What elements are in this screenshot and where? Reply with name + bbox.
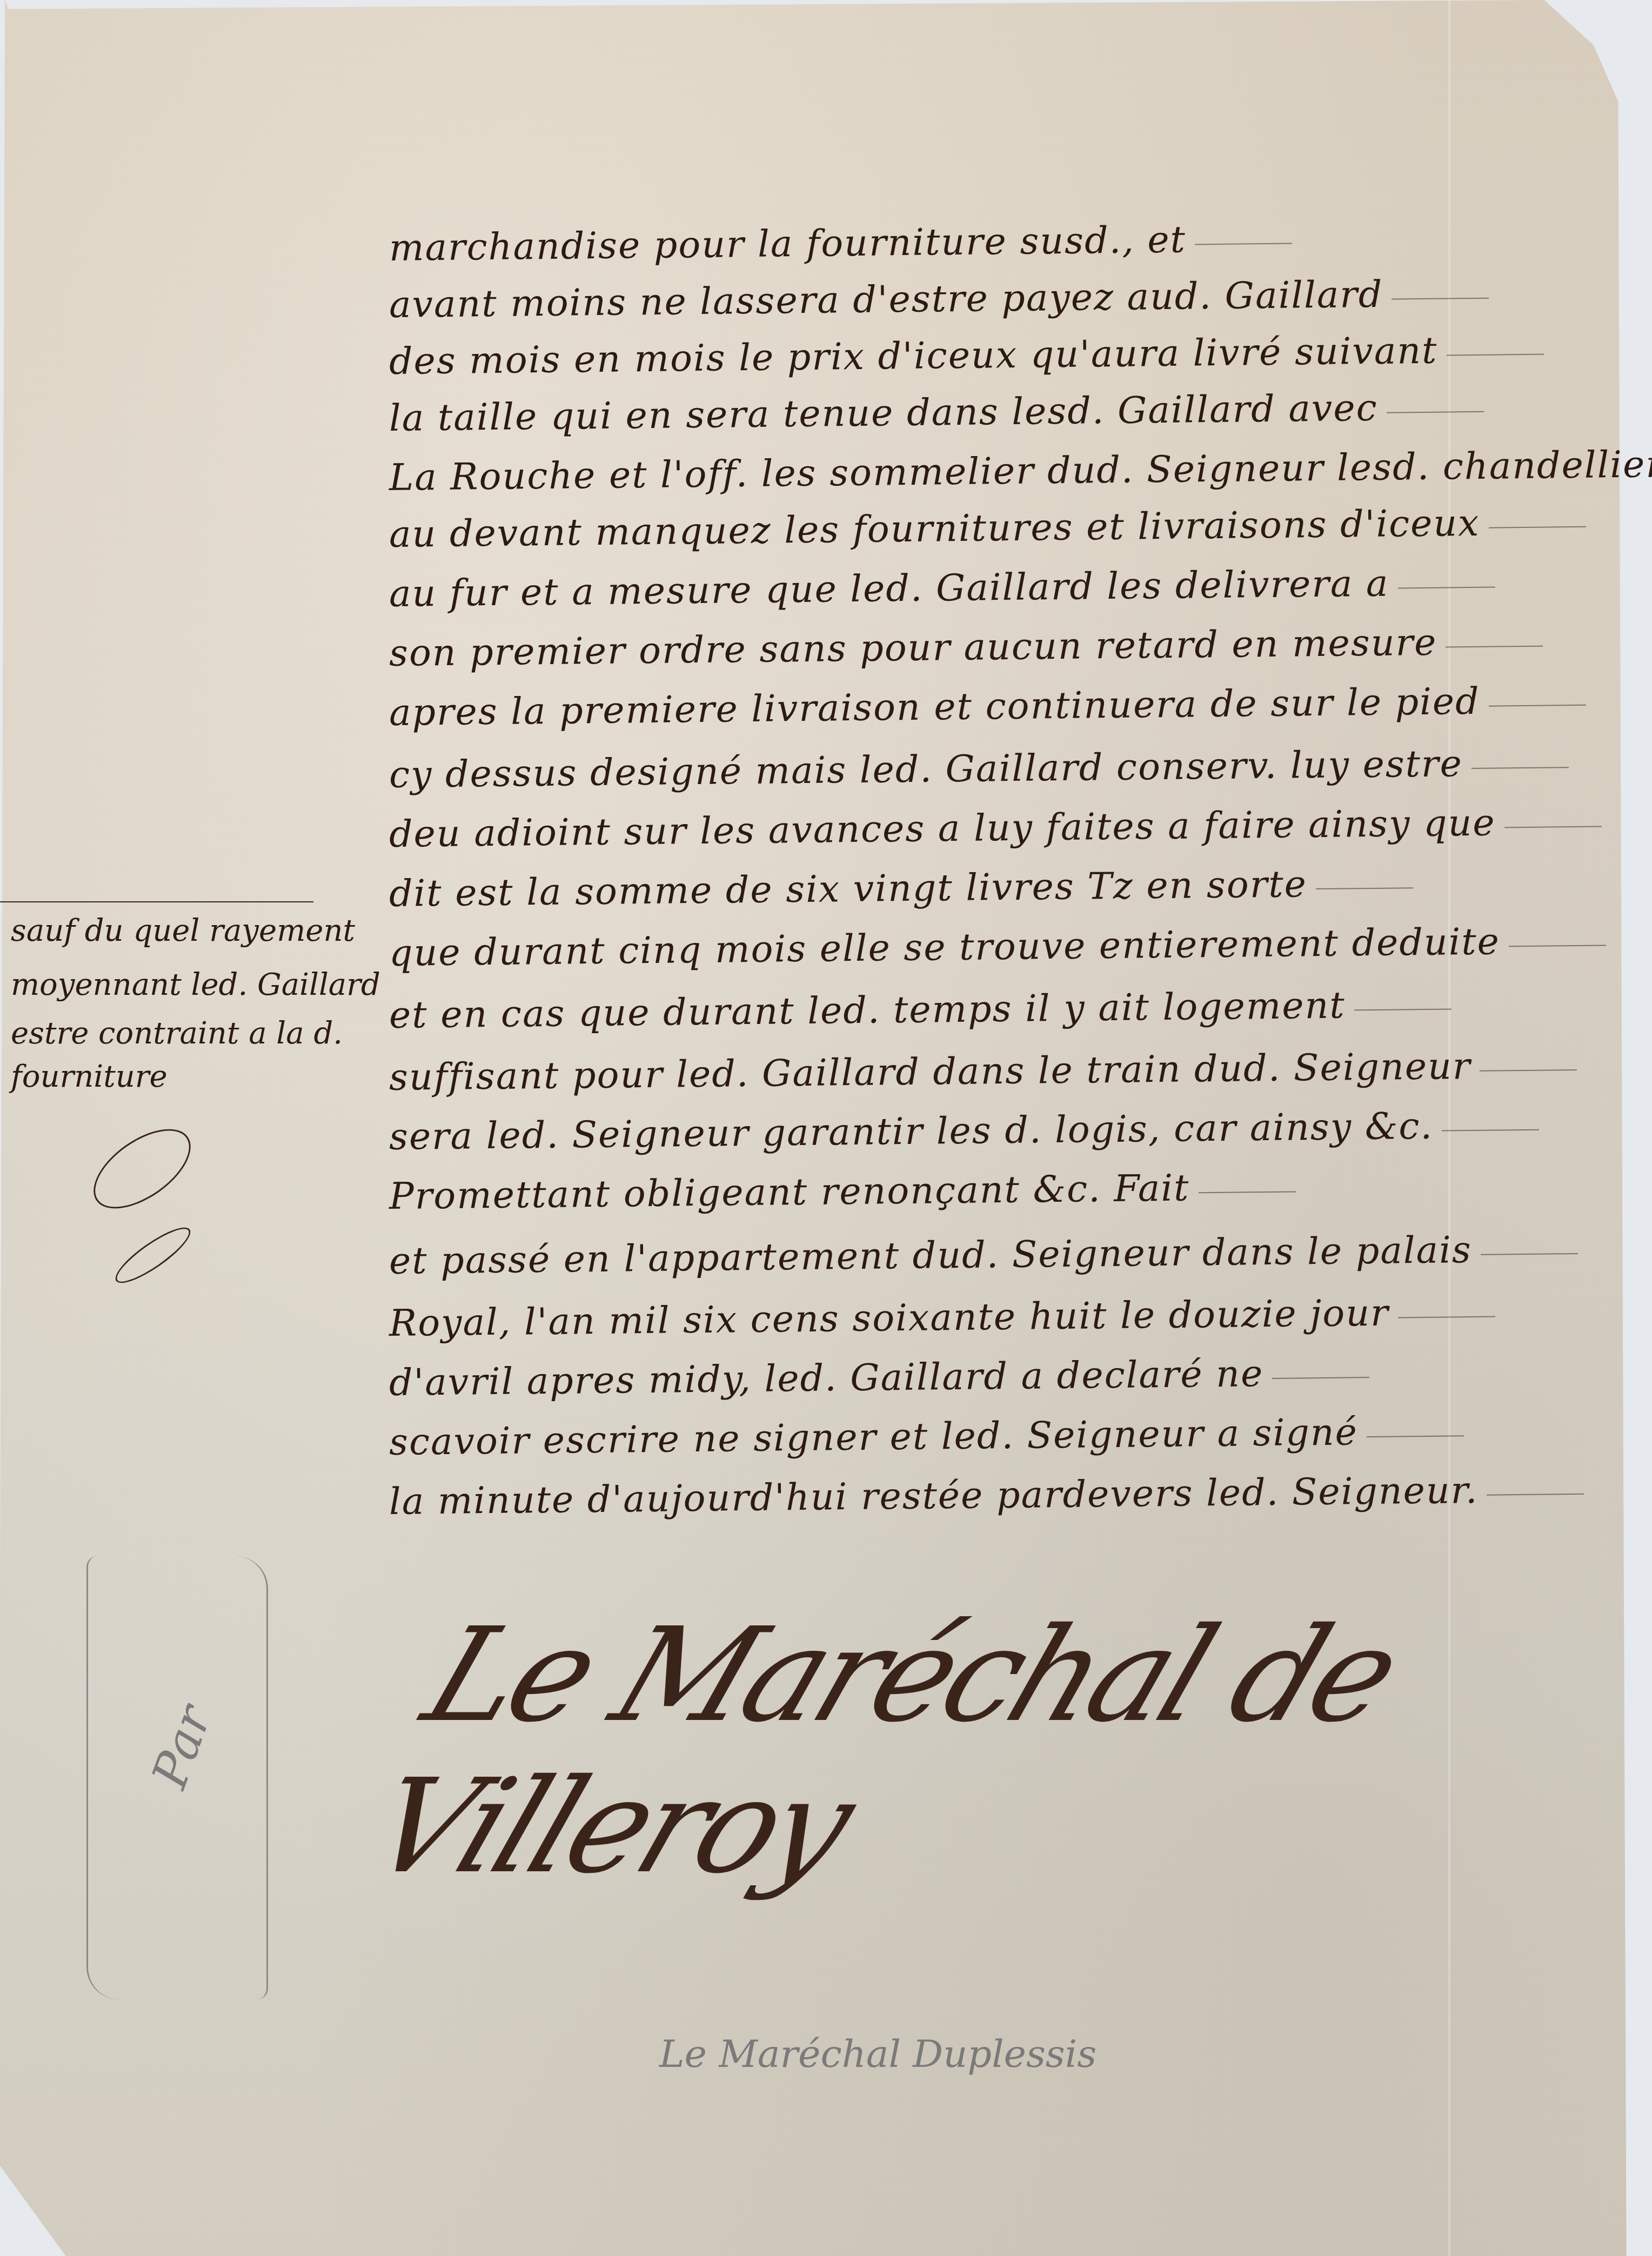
pencil-bottom-note: Le Maréchal Duplessis	[659, 2032, 1096, 2076]
signature: Le Maréchal de Villeroy	[359, 1599, 1652, 1880]
body-line-20: d'avril apres midy, led. Gaillard a decl…	[389, 1353, 1264, 1404]
margin-note-line-3: estre contraint a la d.	[11, 1016, 343, 1051]
margin-note-line-2: moyennant led. Gaillard	[11, 967, 380, 1002]
margin-note-line-4: fourniture	[11, 1059, 168, 1094]
margin-note-line-1: sauf du quel rayement	[11, 913, 355, 948]
body-line-17: Promettant obligeant renonçant &c. Fait	[389, 1167, 1190, 1218]
body-line-1: marchandise pour la fourniture susd., et	[389, 219, 1187, 270]
margin-rule	[0, 901, 313, 902]
paper-fold	[1448, 0, 1450, 2256]
